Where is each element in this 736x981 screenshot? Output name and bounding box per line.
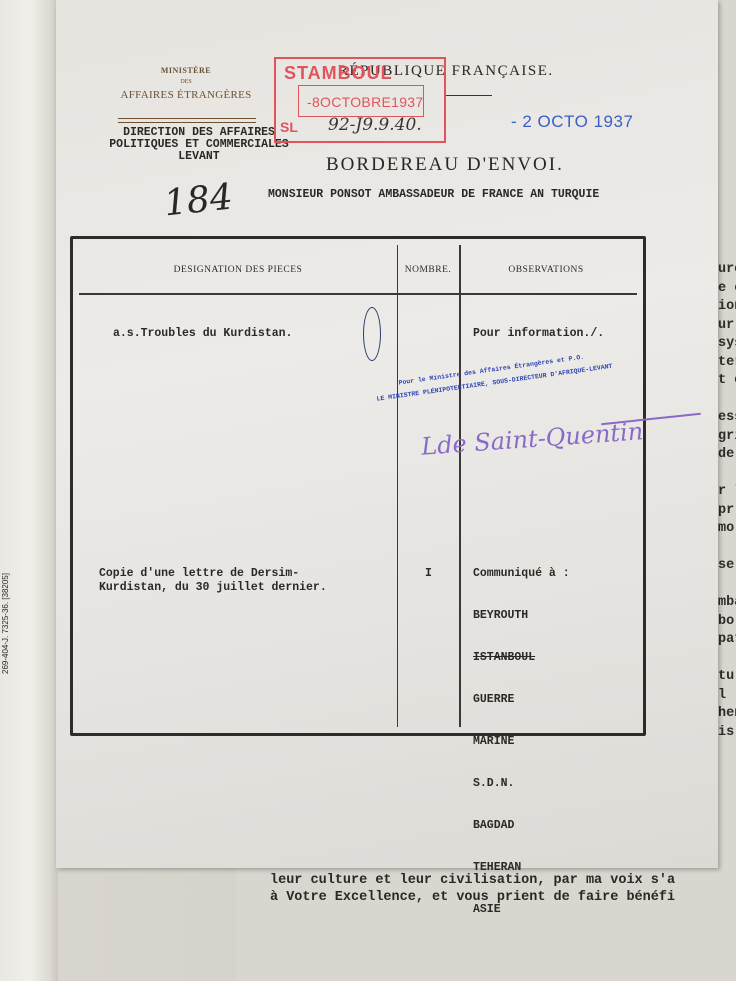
stamp-date: -8OCTOBRE1937 — [307, 94, 423, 110]
underlying-letter-fragment: mo — [718, 521, 734, 536]
recipient-bagdad: BAGDAD — [473, 819, 535, 833]
column-divider-1 — [397, 245, 398, 727]
ministry-line-3: AFFAIRES ÉTRANGÈRES — [116, 89, 256, 101]
blue-date-stamp: - 2 OCTO 1937 — [511, 112, 633, 132]
recipient-sdn: S.D.N. — [473, 777, 535, 791]
recipient-istanbul-struck: ISTANBOUL — [473, 651, 535, 665]
recipient-marine: MARINE — [473, 735, 535, 749]
handwritten-number: 184 — [162, 177, 235, 225]
row1-observations: Pour information./. — [473, 327, 604, 341]
row2-designation: Copie d'une lettre de Dersim- Kurdistan,… — [99, 567, 327, 595]
ministry-letterhead: MINISTÈRE DES AFFAIRES ÉTRANGÈRES — [116, 66, 256, 101]
column-divider-2 — [459, 245, 461, 727]
underlying-letter-fragment: uro — [718, 262, 736, 277]
underlying-letter-fragment: hen — [718, 706, 736, 721]
underlying-letter-fragment: terr — [718, 355, 736, 370]
row1-designation: a.s.Troubles du Kurdistan. — [113, 327, 292, 341]
stamp-handwritten-reference: 92-J9.9.40. — [328, 115, 422, 135]
red-reception-stamp: STAMBOUL -8OCTOBRE1937 SL 92-J9.9.40. — [274, 57, 446, 143]
handwritten-zero-mark — [363, 307, 381, 361]
underlying-letter-fragment: syst — [718, 336, 736, 351]
row2-observations-title: Communiqué à : — [473, 567, 570, 581]
header-nombre: NOMBRE. — [397, 265, 459, 275]
recipient-teheran: TEHERAN — [473, 861, 535, 875]
recipient-line: MONSIEUR PONSOT AMBASSADEUR DE FRANCE AN… — [268, 188, 599, 201]
header-designation: DESIGNATION DES PIECES — [79, 265, 397, 275]
stamp-date-box: -8OCTOBRE1937 — [298, 85, 424, 117]
underlying-letter-fragment: ur l — [718, 318, 736, 333]
republique-rule — [444, 95, 492, 96]
document-title: BORDEREAU D'ENVOI. — [326, 154, 564, 176]
recipient-beyrouth: BEYROUTH — [473, 609, 535, 623]
stamp-code: SL — [280, 119, 298, 135]
underlying-letter-fragment: se — [718, 558, 734, 573]
ministry-rule-divider — [118, 118, 256, 123]
header-rule — [79, 293, 637, 295]
underlying-letter-fragment: e ce — [718, 281, 736, 296]
direction-line-3: LEVANT — [94, 151, 304, 163]
printer-reference: 269-404-J. 7325-36. [38205] — [1, 573, 10, 674]
row2-recipients-list: BEYROUTH ISTANBOUL GUERRE MARINE S.D.N. … — [473, 581, 535, 945]
underlying-letter-fragment: t en — [718, 373, 736, 388]
underlying-letter-fragment: pr — [718, 503, 734, 518]
ministry-line-2: DES — [116, 79, 256, 85]
underlying-letter-fragment: bo — [718, 614, 734, 629]
direction-block: DIRECTION DES AFFAIRES POLITIQUES ET COM… — [94, 127, 304, 163]
stamp-city: STAMBOUL — [284, 63, 393, 84]
underlying-letter-fragment: mba — [718, 595, 736, 610]
row2-nombre: I — [425, 567, 432, 581]
bordereau-sheet: MINISTÈRE DES AFFAIRES ÉTRANGÈRES DIRECT… — [56, 0, 718, 868]
underlying-letter-fragment: l — [718, 688, 726, 703]
underlying-letter-fragment: ess — [718, 410, 736, 425]
recipient-asie: ASIE — [473, 903, 535, 917]
underlying-letter-fragment: de — [718, 447, 734, 462]
ministry-line-1: MINISTÈRE — [116, 66, 256, 75]
pieces-table: DESIGNATION DES PIECES NOMBRE. OBSERVATI… — [70, 236, 646, 736]
recipient-guerre: GUERRE — [473, 693, 535, 707]
underlying-letter-fragment: ions — [718, 299, 736, 314]
underlying-letter-fragment: tu — [718, 669, 734, 684]
underlying-letter-fragment: is — [718, 725, 734, 740]
underlying-letter-fragment: r l — [718, 484, 736, 499]
header-observations: OBSERVATIONS — [461, 265, 631, 275]
underlying-letter-fragment: gri — [718, 429, 736, 444]
left-page-edge — [0, 0, 58, 981]
underlying-letter-fragment: pati — [718, 632, 736, 647]
